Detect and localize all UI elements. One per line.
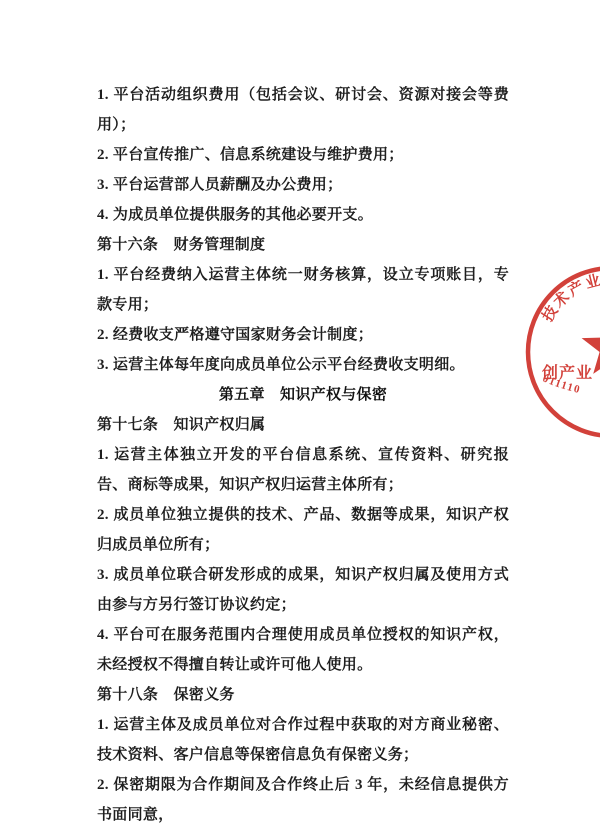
list-item: 1. 运营主体独立开发的平台信息系统、宣传资料、研究报告、商标等成果，知识产权归…	[97, 440, 509, 500]
list-item: 4. 平台可在服务范围内合理使用成员单位授权的知识产权，未经授权不得擅自转让或许…	[97, 620, 509, 680]
list-item: 1. 运营主体及成员单位对合作过程中获取的对方商业秘密、技术资料、客户信息等保密…	[97, 710, 509, 770]
list-item: 4. 为成员单位提供服务的其他必要开支。	[97, 200, 509, 230]
list-item: 2. 保密期限为合作期间及合作终止后 3 年，未经信息提供方书面同意，	[97, 770, 509, 830]
document-page: 1. 平台活动组织费用（包括会议、研讨会、资源对接会等费用）；2. 平台宣传推广…	[0, 0, 600, 834]
list-item: 3. 运营主体每年度向成员单位公示平台经费收支明细。	[97, 350, 509, 380]
document-body: 1. 平台活动组织费用（包括会议、研讨会、资源对接会等费用）；2. 平台宣传推广…	[97, 80, 509, 830]
list-item: 3. 平台运营部人员薪酬及办公费用；	[97, 170, 509, 200]
article-heading: 第十八条 保密义务	[97, 680, 509, 710]
official-seal: 技术产业 创产业 011110	[512, 252, 600, 452]
list-item: 1. 平台活动组织费用（包括会议、研讨会、资源对接会等费用）；	[97, 80, 509, 140]
article-heading: 第十七条 知识产权归属	[97, 410, 509, 440]
list-item: 3. 成员单位联合研发形成的成果，知识产权归属及使用方式由参与方另行签订协议约定…	[97, 560, 509, 620]
list-item: 2. 经费收支严格遵守国家财务会计制度；	[97, 320, 509, 350]
chapter-heading: 第五章 知识产权与保密	[97, 380, 509, 410]
list-item: 2. 平台宣传推广、信息系统建设与维护费用；	[97, 140, 509, 170]
article-heading: 第十六条 财务管理制度	[97, 230, 509, 260]
list-item: 2. 成员单位独立提供的技术、产品、数据等成果，知识产权归成员单位所有；	[97, 500, 509, 560]
list-item: 1. 平台经费纳入运营主体统一财务核算，设立专项账目，专款专用；	[97, 260, 509, 320]
